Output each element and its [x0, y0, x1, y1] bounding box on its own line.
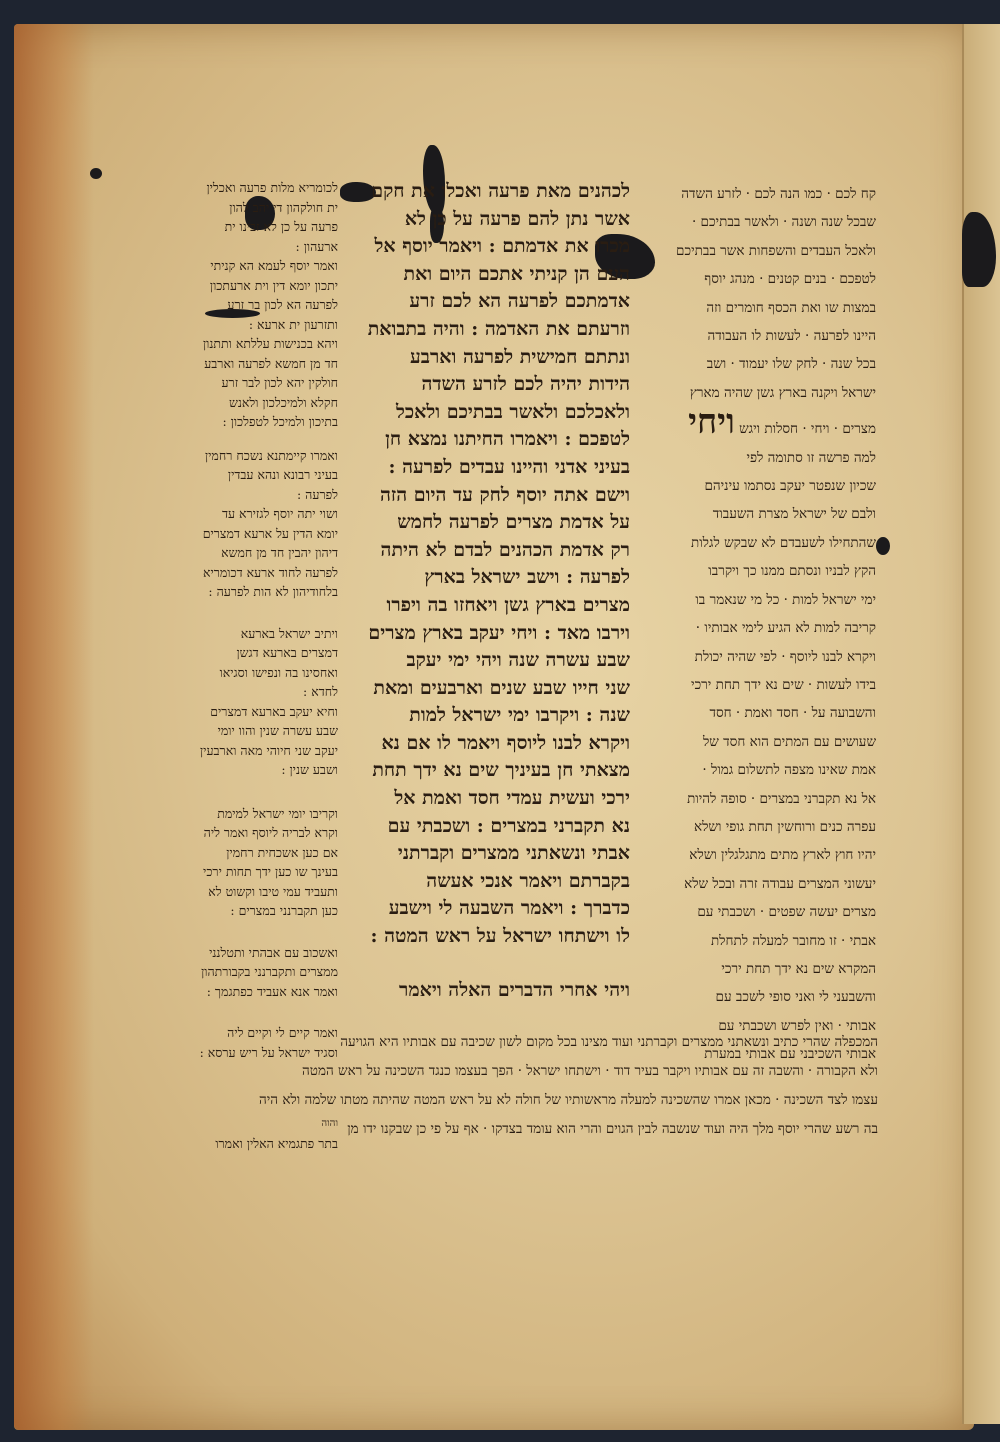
commentary-line: המקרא שים נא ידך תחת ירכי — [628, 955, 876, 983]
decorated-initial-word: ויחי — [688, 407, 735, 442]
main-text-line: ויקרא לבנו ליוסף ויאמר לו אם נא — [340, 730, 630, 758]
targum-line: דיהון יהבין חד מן חמשא — [148, 543, 338, 563]
commentary-line: ימי ישראל למות · כל מי שנאמר בו — [628, 586, 876, 614]
commentary-line: בכל שנה · לחק שלו יעמוד · ושב — [628, 350, 876, 378]
main-text-line: לפרעה : וישב ישראל בארץ — [340, 564, 630, 592]
targum-line: לכומריא מלות פרעה ואכלין — [148, 178, 338, 198]
targum-line: אם כען אשכחית רחמין — [148, 843, 338, 863]
commentary-line: ולבם של ישראל מצרת השעבוד — [628, 500, 876, 528]
main-text-column: לכהנים מאת פרעה ואכלו את חקם אשר נתן להם… — [340, 178, 630, 1004]
targum-column: לכומריא מלות פרעה ואכלין ית חולקהון די י… — [148, 178, 338, 1153]
targum-line: וקרא לבריה ליוסף ואמר ליה — [148, 823, 338, 843]
bottom-commentary-line: המכפלה שהרי כתיב ונשאתני ממצרים וקברתני … — [130, 1028, 878, 1057]
commentary-line: שבכל שנה ושנה · ולאשר בבתיכם · — [628, 208, 876, 236]
main-text-line: מצאתי חן בעיניך שים נא ידך תחת — [340, 757, 630, 785]
commentary-line: אבתי · זו מחובר למעלה לתחלת — [628, 927, 876, 955]
main-text-line: נא תקברני במצרים : ושכבתי עם — [340, 813, 630, 841]
targum-line: דמצרים בארעא דגשן — [148, 643, 338, 663]
main-text-line: מצרים בארץ גשן ויאחזו בה ויפרו — [340, 592, 630, 620]
targum-line: בעינך שו כען ידך תחות ירכי — [148, 862, 338, 882]
main-text-line: מכרו את אדמתם : ויאמר יוסף אל — [340, 233, 630, 261]
main-text-line: בקברתם ויאמר אנכי אעשה — [340, 868, 630, 896]
targum-line: ואמר יוסף לעמא הא קניתי — [148, 256, 338, 276]
main-text-line: אבתי ונשאתני ממצרים וקברתני — [340, 840, 630, 868]
targum-line: פרעה על כן לא זבינו ית — [148, 217, 338, 237]
targum-line: ואמר אנא אעביד כפתגמך : — [148, 982, 338, 1002]
edge-stain — [14, 24, 94, 1430]
main-text-line: כדברך : ויאמר השבעה לי וישבע — [340, 895, 630, 923]
targum-line: ית חולקהון די יהב להון — [148, 198, 338, 218]
targum-line: ושוי יתה יוסף לגזירא עד — [148, 504, 338, 524]
main-text-final-line: ויהי אחרי הדברים האלה ויאמר — [340, 977, 630, 1005]
damage-hole — [90, 168, 102, 179]
commentary-line: שהתחילו לשעבדם לא שבקש לגלות — [628, 529, 876, 557]
targum-line: ארעהון : — [148, 237, 338, 257]
targum-line: ואחסינו בה ונפישו וסגיאו — [148, 663, 338, 683]
targum-line: ממצרים ותקברנני בקבורתהון — [148, 962, 338, 982]
commentary-line: יעשוני המצרים עבודה זרה ובכל שלא — [628, 870, 876, 898]
commentary-line-with-initial: מצרים · ויחי · חסלות ויגש ויחי — [628, 407, 876, 443]
commentary-line-text: מצרים · ויחי · חסלות ויגש — [739, 421, 876, 437]
commentary-line: בידו לעשות · שים נא ידך תחת ירכי — [628, 671, 876, 699]
main-text-line: וירבו מאד : ויחי יעקב בארץ מצרים — [340, 620, 630, 648]
commentary-line: אל נא תקברני במצרים · סופה להיות — [628, 785, 876, 813]
main-text-line: הידות יהיה לכם לזרע השדה — [340, 371, 630, 399]
targum-line: כען תקברנני במצרים : — [148, 901, 338, 921]
targum-line: וקריבו יומי ישראל למימת — [148, 804, 338, 824]
targum-line: וחיא יעקב בארעא דמצרים — [148, 702, 338, 722]
targum-line: שבע עשרה שנין והוו יומי — [148, 721, 338, 741]
targum-line: ושבע שנין : — [148, 760, 338, 780]
commentary-line: קריבה למות לא הגיע לימי אבותיו · — [628, 614, 876, 642]
commentary-line: והשבועה על · חסד ואמת · חסד — [628, 699, 876, 727]
main-text-line: ונתתם חמישית לפרעה וארבע — [340, 344, 630, 372]
targum-paragraph: ואמרו קיימתנא נשכח רחמין בעיני רבונא ונה… — [148, 446, 338, 602]
targum-paragraph: ויתיב ישראל בארעא דמצרים בארעא דגשן ואחס… — [148, 624, 338, 780]
commentary-line: ויקרא לבנו ליוסף · לפי שהיה יכולת — [628, 643, 876, 671]
targum-line: לחדא : — [148, 682, 338, 702]
commentary-line: ישראל ויקנה בארץ גשן שהיה מארץ — [628, 379, 876, 407]
targum-line: יעקב שני חיוהי מאה וארבעין — [148, 741, 338, 761]
targum-paragraph: וקריבו יומי ישראל למימת וקרא לבריה ליוסף… — [148, 804, 338, 921]
targum-line: יתכון יומא דין וית ארעתכון — [148, 276, 338, 296]
main-text-line: שני חייו שבע שנים וארבעים ומאת — [340, 675, 630, 703]
commentary-line: קח לכם · כמו הנה לכם · לזרע השדה — [628, 180, 876, 208]
targum-line: ואשכוב עם אבהתי ותטלנני — [148, 943, 338, 963]
targum-line: ותעביד עמי טיבו וקשוט לא — [148, 882, 338, 902]
commentary-line: יהיו חוץ לארץ מתים מתגלגלין ושלא — [628, 841, 876, 869]
main-text-line: וישם אתה יוסף לחק עד היום הזה — [340, 482, 630, 510]
commentary-line: עפרה כנים ורוחשין תחת גופי ושלא — [628, 813, 876, 841]
commentary-line: מצרים יעשה שפטים · ושכבתי עם — [628, 898, 876, 926]
commentary-column: קח לכם · כמו הנה לכם · לזרע השדה שבכל שנ… — [628, 180, 876, 1069]
main-text-line: אשר נתן להם פרעה על כן לא — [340, 206, 630, 234]
bottom-commentary-line: בה רשע שהרי יוסף מלך היה ועוד שנשבה לבין… — [130, 1115, 878, 1144]
main-text-line: רק אדמת הכהנים לבדם לא היתה — [340, 537, 630, 565]
commentary-line: ולאכל העבדים והשפחות אשר בבתיכם — [628, 237, 876, 265]
targum-line: בלחודיהון לא הות לפרעה : — [148, 582, 338, 602]
targum-line: ואמרו קיימתנא נשכח רחמין — [148, 446, 338, 466]
targum-line: ויתיב ישראל בארעא — [148, 624, 338, 644]
commentary-line: היינו לפרעה · לעשות לו העבודה — [628, 322, 876, 350]
targum-line: לפרעה הא לכון בר זרע — [148, 295, 338, 315]
main-text-line: אדמתכם לפרעה הא לכם זרע — [340, 288, 630, 316]
main-text-line: ירכי ועשית עמדי חסד ואמת אל — [340, 785, 630, 813]
commentary-line: והשבעני לי ואני סופי לשכב עם — [628, 983, 876, 1011]
main-text-line: לו וישתחו ישראל על ראש המטה : — [340, 923, 630, 951]
damage-hole — [876, 537, 890, 555]
commentary-line: שכיון שנפטר יעקב נסתמו עיניהם — [628, 472, 876, 500]
targum-line: לפרעה : — [148, 485, 338, 505]
targum-line: בעיני רבונא ונהא עבדין — [148, 465, 338, 485]
targum-line: חד מן חמשא לפרעה וארבע — [148, 354, 338, 374]
targum-line: חולקין יהא לכון לבר זרע — [148, 373, 338, 393]
main-text-line: לכהנים מאת פרעה ואכלו את חקם — [340, 178, 630, 206]
targum-paragraph: ואשכוב עם אבהתי ותטלנני ממצרים ותקברנני … — [148, 943, 338, 1002]
targum-line: יומא הדין על ארעא דמצרים — [148, 524, 338, 544]
main-text-line: שנה : ויקרבו ימי ישראל למות — [340, 702, 630, 730]
main-text-line: על אדמת מצרים לפרעה לחמש — [340, 509, 630, 537]
main-text-line: לטפכם : ויאמרו החיתנו נמצא חן — [340, 426, 630, 454]
main-text-line: שבע עשרה שנה ויהי ימי יעקב — [340, 647, 630, 675]
commentary-line: הקץ לבניו ונסתם ממנו כך ויקרבו — [628, 557, 876, 585]
targum-line: בתיכון ולמיכל לטפלכון : — [148, 412, 338, 432]
targum-line: ותזרעון ית ארעא : — [148, 315, 338, 335]
commentary-line: לטפכם · בנים קטנים · מנהג יוסף — [628, 265, 876, 293]
targum-line: ויהא בכנישות עללתא ותתנון — [148, 334, 338, 354]
main-text-line: וזרעתם את האדמה : והיה בתבואת — [340, 316, 630, 344]
commentary-line: אמת שאינו מצפה לתשלום גמול · — [628, 756, 876, 784]
main-text-line: ולאכלכם ולאשר בבתיכם ולאכל — [340, 399, 630, 427]
main-text-line: העם הן קניתי אתכם היום ואת — [340, 261, 630, 289]
targum-line: לפרעה לחוד ארעא דכומריא — [148, 563, 338, 583]
commentary-line: שעושים עם המתים הוא חסד של — [628, 728, 876, 756]
commentary-line: למה פרשה זו סתומה לפי — [628, 444, 876, 472]
bottom-commentary-line: עצמו לצד השכינה · מכאן אמרו שהשכינה למעל… — [130, 1086, 878, 1115]
main-text-line: בעיני אדני והיינו עבדים לפרעה : — [340, 454, 630, 482]
bottom-commentary-line: ולא הקבורה · והשבה זה עם אבותיו ויקבר בע… — [130, 1057, 878, 1086]
targum-paragraph: לכומריא מלות פרעה ואכלין ית חולקהון די י… — [148, 178, 338, 432]
bottom-commentary: המכפלה שהרי כתיב ונשאתני ממצרים וקברתני … — [130, 1028, 878, 1144]
targum-line: חקלא ולמיכלכון ולאנש — [148, 393, 338, 413]
commentary-line: במצות שו ואת הכסף חומרים וזה — [628, 294, 876, 322]
